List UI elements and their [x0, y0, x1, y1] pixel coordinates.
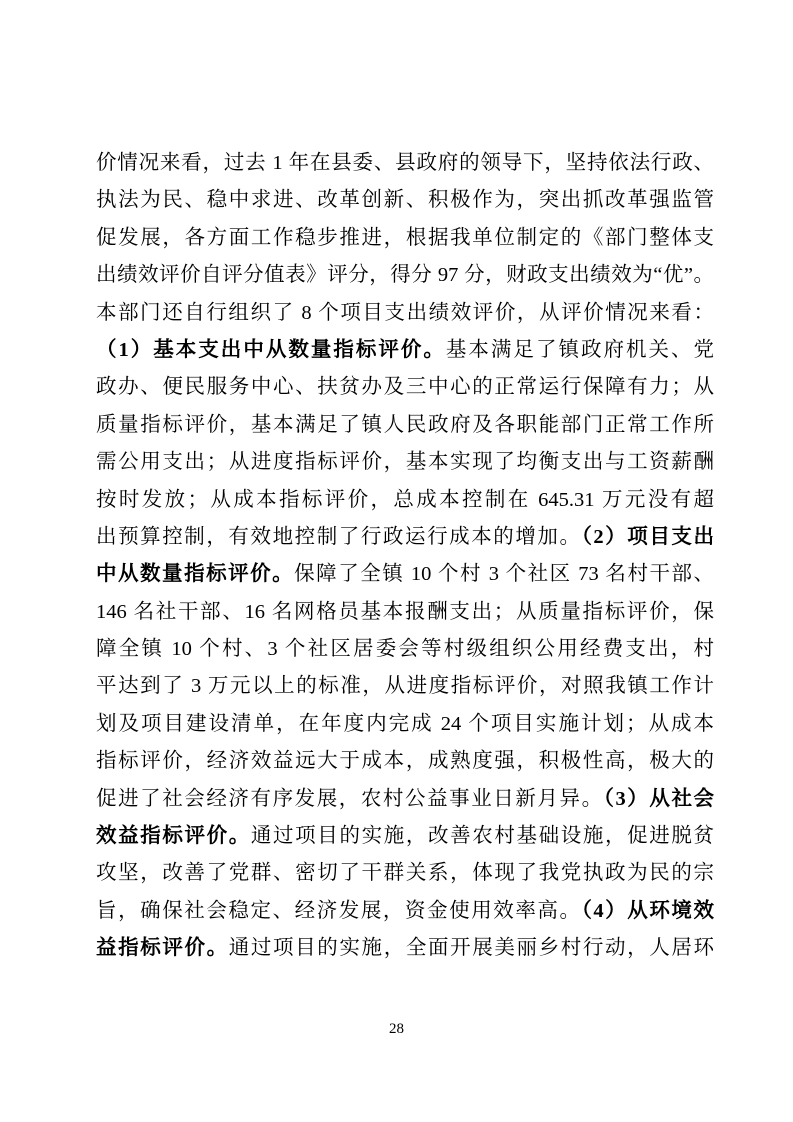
- text-segment: 旨，确保社会稳定、经济发展，资金使用效率高。: [96, 900, 582, 922]
- text-line: 按时发放；从成本指标评价，总成本控制在 645.31 万元没有超: [96, 482, 714, 519]
- text-line: 本部门还自行组织了 8 个项目支出绩效评价，从评价情况来看：: [96, 295, 714, 332]
- text-segment: 指标评价，经济效益远大于成本，成熟度强，积极性高，极大的: [96, 750, 714, 772]
- text-segment: 通过项目的实施，改善农村基础设施，促进脱贫: [251, 825, 714, 847]
- text-line: 质量指标评价，基本满足了镇人民政府及各职能部门正常工作所: [96, 407, 714, 444]
- text-segment: 出预算控制，有效地控制了行政运行成本的增加。: [96, 526, 582, 548]
- text-line: 促进了社会经济有序发展，农村公益事业日新月异。（3）从社会: [96, 781, 714, 818]
- text-line: 出绩效评价自评分值表》评分，得分 97 分，财政支出绩效为“优”。: [96, 257, 714, 294]
- text-segment: 出绩效评价自评分值表》评分，得分 97 分，财政支出绩效为“优”。: [96, 264, 714, 286]
- text-segment: 需公用支出；从进度指标评价，基本实现了均衡支出与工资薪酬: [96, 451, 714, 473]
- bold-heading-segment: 效益指标评价。: [96, 825, 251, 847]
- text-line: 中从数量指标评价。保障了全镇 10 个村 3 个社区 73 名村干部、: [96, 556, 714, 593]
- text-line: 障全镇 10 个村、3 个社区居委会等村级组织公用经费支出，村: [96, 631, 714, 668]
- text-segment: 基本满足了镇政府机关、党: [446, 339, 714, 361]
- text-segment: 划及项目建设清单，在年度内完成 24 个项目实施计划；从成本: [96, 713, 714, 735]
- bold-heading-segment: 益指标评价。: [96, 937, 229, 959]
- body-text: 价情况来看，过去 1 年在县委、县政府的领导下，坚持依法行政、执法为民、稳中求进…: [96, 145, 714, 968]
- bold-heading-segment: 中从数量指标评价。: [96, 563, 294, 585]
- text-segment: 障全镇 10 个村、3 个社区居委会等村级组织公用经费支出，村: [96, 638, 714, 660]
- text-line: 平达到了 3 万元以上的标准，从进度指标评价，对照我镇工作计: [96, 668, 714, 705]
- text-line: 价情况来看，过去 1 年在县委、县政府的领导下，坚持依法行政、: [96, 145, 714, 182]
- text-line: （1）基本支出中从数量指标评价。基本满足了镇政府机关、党: [96, 332, 714, 369]
- text-segment: 促发展，各方面工作稳步推进，根据我单位制定的《部门整体支: [96, 227, 714, 249]
- text-line: 攻坚，改善了党群、密切了干群关系，体现了我党执政为民的宗: [96, 855, 714, 892]
- bold-heading-segment: （1）基本支出中从数量指标评价。: [96, 339, 446, 361]
- page-number: 28: [0, 1018, 793, 1040]
- text-segment: 平达到了 3 万元以上的标准，从进度指标评价，对照我镇工作计: [96, 675, 714, 697]
- text-line: 需公用支出；从进度指标评价，基本实现了均衡支出与工资薪酬: [96, 444, 714, 481]
- text-segment: 促进了社会经济有序发展，农村公益事业日新月异。: [96, 788, 604, 810]
- text-segment: 攻坚，改善了党群、密切了干群关系，体现了我党执政为民的宗: [96, 862, 714, 884]
- text-line: 政办、便民服务中心、扶贫办及三中心的正常运行保障有力；从: [96, 369, 714, 406]
- bold-heading-segment: （3）从社会: [604, 788, 714, 810]
- text-line: 指标评价，经济效益远大于成本，成熟度强，积极性高，极大的: [96, 743, 714, 780]
- text-segment: 质量指标评价，基本满足了镇人民政府及各职能部门正常工作所: [96, 414, 714, 436]
- text-line: 旨，确保社会稳定、经济发展，资金使用效率高。（4）从环境效: [96, 893, 714, 930]
- text-line: 146 名社干部、16 名网格员基本报酬支出；从质量指标评价，保: [96, 594, 714, 631]
- text-line: 划及项目建设清单，在年度内完成 24 个项目实施计划；从成本: [96, 706, 714, 743]
- text-segment: 按时发放；从成本指标评价，总成本控制在 645.31 万元没有超: [96, 489, 714, 511]
- text-segment: 政办、便民服务中心、扶贫办及三中心的正常运行保障有力；从: [96, 376, 714, 398]
- text-line: 促发展，各方面工作稳步推进，根据我单位制定的《部门整体支: [96, 220, 714, 257]
- text-segment: 价情况来看，过去 1 年在县委、县政府的领导下，坚持依法行政、: [96, 152, 714, 174]
- text-line: 效益指标评价。通过项目的实施，改善农村基础设施，促进脱贫: [96, 818, 714, 855]
- bold-heading-segment: （4）从环境效: [582, 900, 714, 922]
- text-segment: 保障了全镇 10 个村 3 个社区 73 名村干部、: [294, 563, 714, 585]
- text-line: 出预算控制，有效地控制了行政运行成本的增加。（2）项目支出: [96, 519, 714, 556]
- text-segment: 本部门还自行组织了 8 个项目支出绩效评价，从评价情况来看：: [96, 302, 714, 324]
- text-line: 执法为民、稳中求进、改革创新、积极作为，突出抓改革强监管: [96, 182, 714, 219]
- text-line: 益指标评价。通过项目的实施，全面开展美丽乡村行动，人居环: [96, 930, 714, 967]
- text-segment: 146 名社干部、16 名网格员基本报酬支出；从质量指标评价，保: [96, 601, 714, 623]
- text-segment: 执法为民、稳中求进、改革创新、积极作为，突出抓改革强监管: [96, 189, 714, 211]
- document-page: 价情况来看，过去 1 年在县委、县政府的领导下，坚持依法行政、执法为民、稳中求进…: [0, 0, 793, 1122]
- bold-heading-segment: （2）项目支出: [582, 526, 714, 548]
- text-segment: 通过项目的实施，全面开展美丽乡村行动，人居环: [229, 937, 714, 959]
